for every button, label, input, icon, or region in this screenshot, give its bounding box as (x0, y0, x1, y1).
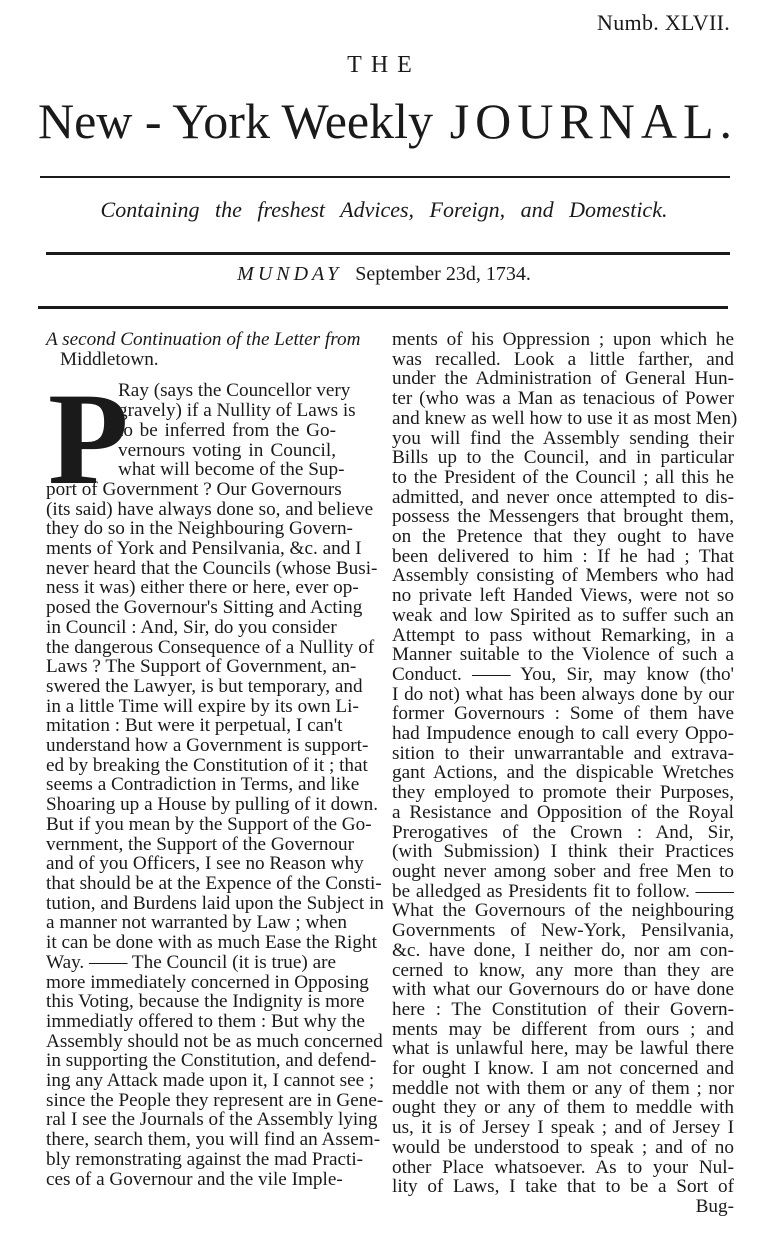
text-line: Laws ? The Support of Government, an- (46, 657, 336, 677)
masthead-title-right: JOURNAL. (450, 92, 738, 150)
text-line: Way. —— The Council (it is true) are (46, 953, 336, 973)
text-line: But if you mean by the Support of the Go… (46, 815, 336, 835)
catchword: Bug- (392, 1197, 734, 1217)
text-line: ing any Attack made upon it, I cannot se… (46, 1071, 336, 1091)
text-line: tution, and Burdens laid upon the Subjec… (46, 894, 336, 914)
text-line: ought they or any of them to meddle with (392, 1098, 734, 1118)
text-line: mitation : But were it perpetual, I can'… (46, 716, 336, 736)
text-line: and of you Officers, I see no Reason why (46, 854, 336, 874)
text-line: been delivered to him : If he had ; That (392, 547, 734, 567)
text-line: to the President of the Council ; all th… (392, 468, 734, 488)
text-line: us, it is of Jersey I speak ; and of Jer… (392, 1118, 734, 1138)
text-line: Assembly consisting of Members who had (392, 566, 734, 586)
tagline: Containing the freshest Advices, Foreign… (0, 197, 768, 223)
text-line: had Impudence enough to call every Oppo- (392, 724, 734, 744)
text-line: ter (who was a Man as tenacious of Power (392, 389, 734, 409)
issue-number: Numb. XLVII. (597, 10, 730, 36)
text-line: lity of Laws, I take that to be a Sort o… (392, 1177, 734, 1197)
text-line: in supporting the Constitution, and defe… (46, 1051, 336, 1071)
text-line: ments of his Oppression ; upon which he (392, 330, 734, 350)
text-line: Bills up to the Council, and in particul… (392, 448, 734, 468)
text-line: cerned to know, any more than they are (392, 961, 734, 981)
lead-paragraph: P Ray (says the Councellor verygravely) … (46, 381, 336, 480)
rule-top (40, 176, 730, 178)
text-line: it can be done with as much Ease the Rig… (46, 933, 336, 953)
text-line: Prerogatives of the Crown : And, Sir, (392, 823, 734, 843)
text-line: ments of York and Pensilvania, &c. and I (46, 539, 336, 559)
text-line: on the Pretence that they ought to have (392, 527, 734, 547)
masthead-the: THE (0, 52, 768, 79)
text-line: the dangerous Consequence of a Nullity o… (46, 638, 336, 658)
text-line: &c. have done, I neither do, nor am con- (392, 941, 734, 961)
text-line: admitted, and never once attempted to di… (392, 488, 734, 508)
text-line: I do not) what has been always done by o… (392, 685, 734, 705)
text-line: and knew as well how to use it as most M… (392, 409, 734, 429)
text-line: would be understood to speak ; and of no (392, 1138, 734, 1158)
text-line: ought never among sober and free Men to (392, 862, 734, 882)
text-line: was recalled. Look a little farther, and (392, 350, 734, 370)
dateline-day: MUNDAY (237, 263, 342, 285)
article-heading-line: A second Continuation of the Letter from (46, 330, 336, 350)
text-line: Manner suitable to the Violence of such … (392, 645, 734, 665)
text-line: for ought I know. I am not concerned and (392, 1059, 734, 1079)
text-line: understand how a Government is support- (46, 736, 336, 756)
text-line: former Governours : Some of them have (392, 704, 734, 724)
text-line: be alledged as Presidents fit to follow.… (392, 882, 734, 902)
text-line: weak and low Spirited as to suffer such … (392, 606, 734, 626)
text-line: seems a Contradiction in Terms, and like (46, 775, 336, 795)
text-line: in Council : And, Sir, do you consider (46, 618, 336, 638)
text-line: ness it was) either there or here, ever … (46, 578, 336, 598)
text-line: that should be at the Expence of the Con… (46, 874, 336, 894)
masthead-title-left: New - York Weekly (38, 92, 433, 150)
text-line: gant Actions, and the dispicable Wretche… (392, 763, 734, 783)
text-line: Conduct. —— You, Sir, may know (tho' (392, 665, 734, 685)
text-line: ments may be different from ours ; and (392, 1020, 734, 1040)
drop-cap: P (48, 383, 129, 495)
text-line: more immediately concerned in Opposing (46, 973, 336, 993)
text-line: a manner not warranted by Law ; when (46, 913, 336, 933)
text-line: never heard that the Councils (whose Bus… (46, 559, 336, 579)
text-line: Shoaring up a House by pulling of it dow… (46, 795, 336, 815)
text-line: ral I see the Journals of the Assembly l… (46, 1110, 336, 1130)
text-line: there, search them, you will find an Ass… (46, 1130, 336, 1150)
rule-middle (46, 252, 730, 255)
text-line: Attempt to pass without Remarking, in a (392, 626, 734, 646)
text-line: swered the Lawyer, is but temporary, and (46, 677, 336, 697)
dateline-date: September 23d, 1734. (355, 263, 531, 285)
text-line: other Place whatsoever. As to your Nul- (392, 1158, 734, 1178)
text-line: immediatly offered to them : But why the (46, 1012, 336, 1032)
text-line: Governments of New-York, Pensilvania, (392, 921, 734, 941)
column-right: ments of his Oppression ; upon which hew… (392, 330, 734, 1217)
masthead-title: New - York Weekly JOURNAL. (38, 92, 738, 150)
text-line: here : The Constitution of their Govern- (392, 1000, 734, 1020)
text-line: in a little Time will expire by its own … (46, 697, 336, 717)
text-line: since the People they represent are in G… (46, 1091, 336, 1111)
text-line: possess the Messengers that brought them… (392, 507, 734, 527)
right-body: ments of his Oppression ; upon which hew… (392, 330, 734, 1197)
text-line: this Voting, because the Indignity is mo… (46, 992, 336, 1012)
text-line: (with Submission) I think their Practice… (392, 842, 734, 862)
left-body: port of Government ? Our Governours(its … (46, 480, 336, 1189)
text-line: sition to their unwarrantable and extrav… (392, 744, 734, 764)
column-left: A second Continuation of the Letter from… (46, 330, 336, 1189)
article-heading: A second Continuation of the Letter from… (46, 330, 336, 369)
text-line: they employed to promote their Purposes, (392, 783, 734, 803)
text-line: under the Administration of General Hun- (392, 369, 734, 389)
text-line: meddle not with them or any of them ; no… (392, 1079, 734, 1099)
text-line: ces of a Governour and the vile Imple- (46, 1170, 336, 1190)
text-line: vernment, the Support of the Governour (46, 835, 336, 855)
rule-bottom (38, 306, 728, 309)
text-line: posed the Governour's Sitting and Acting (46, 598, 336, 618)
text-line: no private left Handed Views, were not s… (392, 586, 734, 606)
text-line: a Resistance and Opposition of the Royal (392, 803, 734, 823)
text-line: with what our Governours do or have done (392, 980, 734, 1000)
text-line: they do so in the Neighbouring Govern- (46, 519, 336, 539)
text-line: ed by breaking the Constitution of it ; … (46, 756, 336, 776)
text-line: What the Governours of the neighbouring (392, 901, 734, 921)
text-line: you will find the Assembly sending their (392, 429, 734, 449)
text-line: Assembly should not be as much concerned (46, 1032, 336, 1052)
dateline: MUNDAY September 23d, 1734. (0, 263, 768, 286)
text-line: bly remonstrating against the mad Practi… (46, 1150, 336, 1170)
text-line: what is unlawful here, may be lawful the… (392, 1039, 734, 1059)
